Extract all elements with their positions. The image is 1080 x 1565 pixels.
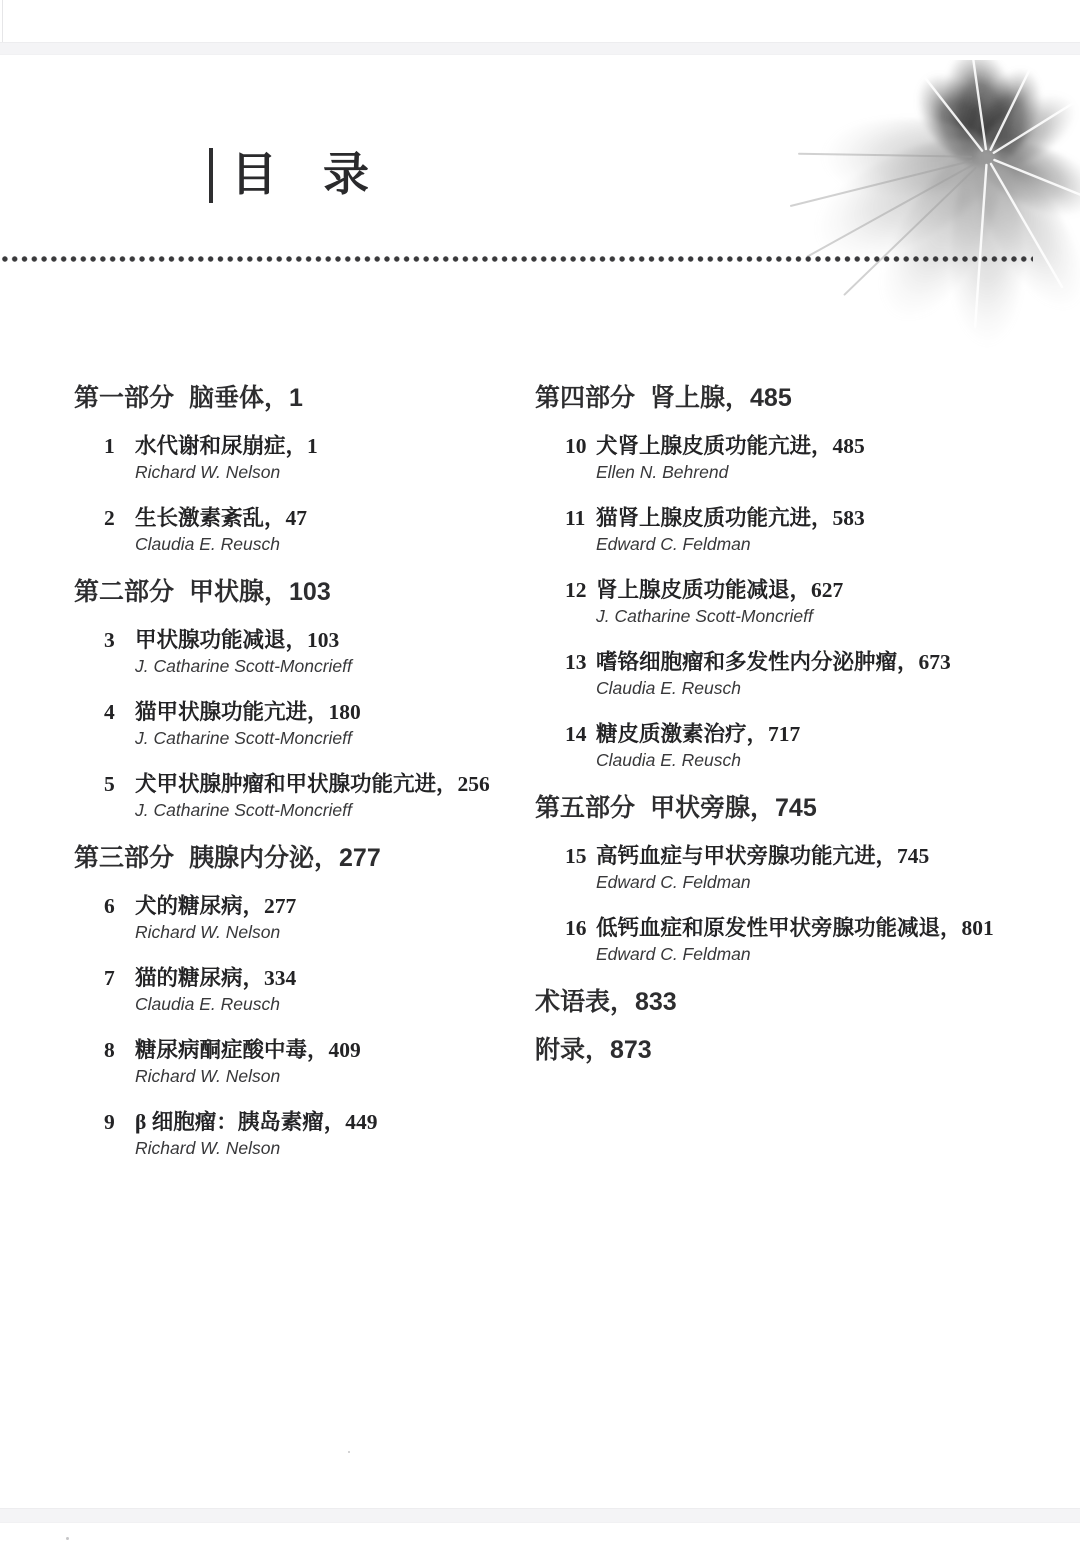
toc-chapter: 14糖皮质激素治疗，717 Claudia E. Reusch	[535, 721, 1045, 771]
chapter-title-line: 16低钙血症和原发性甲状旁腺功能减退，801	[535, 915, 1045, 941]
chapter-title: 猫的糖尿病，334	[135, 965, 524, 991]
chapter-title: 犬甲状腺肿瘤和甲状腺功能亢进，256	[135, 771, 524, 797]
chapter-number: 8	[104, 1037, 135, 1063]
dust-speck	[66, 1537, 69, 1540]
chapter-title: 甲状腺功能减退，103	[135, 627, 524, 653]
part-label: 第四部分	[535, 384, 635, 412]
chapter-title: 肾上腺皮质功能减退，627	[596, 577, 1045, 603]
chapter-title: 生长激素紊乱，47	[135, 505, 524, 531]
chapter-title: 糖皮质激素治疗，717	[596, 721, 1045, 747]
flower-ornament-icon	[780, 60, 1080, 372]
chapter-author: J. Catharine Scott-Moncrieff	[135, 728, 524, 749]
toc-column-right: 第四部分肾上腺，485 10犬肾上腺皮质功能亢进，485 Ellen N. Be…	[535, 383, 1045, 1083]
toc-chapter: 12肾上腺皮质功能减退，627 J. Catharine Scott-Moncr…	[535, 577, 1045, 627]
chapter-number: 11	[565, 505, 596, 531]
toc-chapter: 8糖尿病酮症酸中毒，409 Richard W. Nelson	[74, 1037, 524, 1087]
toc-part-1: 第一部分脑垂体，1 1水代谢和尿崩症，1 Richard W. Nelson 2…	[74, 383, 524, 555]
part-name-page: 甲状旁腺，745	[650, 794, 817, 822]
chapter-number: 6	[104, 893, 135, 919]
page-gutter-top	[0, 42, 1080, 55]
chapter-author: Richard W. Nelson	[135, 462, 524, 483]
dotted-divider	[0, 254, 1033, 264]
chapter-title-line: 5犬甲状腺肿瘤和甲状腺功能亢进，256	[74, 771, 524, 797]
toc-chapter: 4猫甲状腺功能亢进，180 J. Catharine Scott-Moncrie…	[74, 699, 524, 749]
toc-chapter: 10犬肾上腺皮质功能亢进，485 Ellen N. Behrend	[535, 433, 1045, 483]
chapter-author: Claudia E. Reusch	[135, 534, 524, 555]
chapter-author: Edward C. Feldman	[596, 534, 1045, 555]
chapter-title: 水代谢和尿崩症，1	[135, 433, 524, 459]
chapter-title-line: 2生长激素紊乱，47	[74, 505, 524, 531]
chapter-author: Claudia E. Reusch	[135, 994, 524, 1015]
chapter-number: 7	[104, 965, 135, 991]
toc-chapter: 6犬的糖尿病，277 Richard W. Nelson	[74, 893, 524, 943]
toc-chapter: 3甲状腺功能减退，103 J. Catharine Scott-Moncrief…	[74, 627, 524, 677]
toc-chapter: 5犬甲状腺肿瘤和甲状腺功能亢进，256 J. Catharine Scott-M…	[74, 771, 524, 821]
chapter-title-line: 9β 细胞瘤：胰岛素瘤，449	[74, 1109, 524, 1135]
part-heading: 第二部分甲状腺，103	[74, 577, 524, 607]
chapter-author: Edward C. Feldman	[596, 944, 1045, 965]
toc-column-left: 第一部分脑垂体，1 1水代谢和尿崩症，1 Richard W. Nelson 2…	[74, 383, 524, 1181]
chapter-title: 猫甲状腺功能亢进，180	[135, 699, 524, 725]
chapter-author: Claudia E. Reusch	[596, 750, 1045, 771]
chapter-title-line: 6犬的糖尿病，277	[74, 893, 524, 919]
chapter-title: 糖尿病酮症酸中毒，409	[135, 1037, 524, 1063]
page-edge-hairline	[2, 0, 3, 42]
chapter-number: 4	[104, 699, 135, 725]
chapter-title: 低钙血症和原发性甲状旁腺功能减退，801	[596, 915, 1045, 941]
chapter-author: Ellen N. Behrend	[596, 462, 1045, 483]
chapter-title-line: 12肾上腺皮质功能减退，627	[535, 577, 1045, 603]
part-label: 第三部分	[74, 844, 174, 872]
part-label: 第一部分	[74, 384, 174, 412]
chapter-title: β 细胞瘤：胰岛素瘤，449	[135, 1109, 524, 1135]
chapter-title-line: 15高钙血症与甲状旁腺功能亢进，745	[535, 843, 1045, 869]
chapter-author: Richard W. Nelson	[135, 922, 524, 943]
chapter-title-line: 1水代谢和尿崩症，1	[74, 433, 524, 459]
chapter-author: Claudia E. Reusch	[596, 678, 1045, 699]
chapter-title-line: 3甲状腺功能减退，103	[74, 627, 524, 653]
page-title: 目 录	[231, 146, 369, 202]
dust-speck	[348, 1451, 350, 1453]
glossary-entry: 术语表，833	[535, 987, 1045, 1017]
chapter-number: 3	[104, 627, 135, 653]
toc-chapter: 2生长激素紊乱，47 Claudia E. Reusch	[74, 505, 524, 555]
chapter-author: J. Catharine Scott-Moncrieff	[596, 606, 1045, 627]
part-heading: 第四部分肾上腺，485	[535, 383, 1045, 413]
toc-part-2: 第二部分甲状腺，103 3甲状腺功能减退，103 J. Catharine Sc…	[74, 577, 524, 821]
chapter-title-line: 13嗜铬细胞瘤和多发性内分泌肿瘤，673	[535, 649, 1045, 675]
chapter-author: Richard W. Nelson	[135, 1138, 524, 1159]
toc-part-4: 第四部分肾上腺，485 10犬肾上腺皮质功能亢进，485 Ellen N. Be…	[535, 383, 1045, 771]
toc-chapter: 16低钙血症和原发性甲状旁腺功能减退，801 Edward C. Feldman	[535, 915, 1045, 965]
title-accent-bar	[209, 148, 213, 203]
part-heading: 第一部分脑垂体，1	[74, 383, 524, 413]
toc-chapter: 13嗜铬细胞瘤和多发性内分泌肿瘤，673 Claudia E. Reusch	[535, 649, 1045, 699]
chapter-number: 10	[565, 433, 596, 459]
chapter-number: 12	[565, 577, 596, 603]
part-heading: 第五部分甲状旁腺，745	[535, 793, 1045, 823]
chapter-author: Richard W. Nelson	[135, 1066, 524, 1087]
chapter-number: 13	[565, 649, 596, 675]
chapter-author: J. Catharine Scott-Moncrieff	[135, 800, 524, 821]
part-name-page: 肾上腺，485	[650, 384, 792, 412]
toc-part-5: 第五部分甲状旁腺，745 15高钙血症与甲状旁腺功能亢进，745 Edward …	[535, 793, 1045, 965]
chapter-number: 5	[104, 771, 135, 797]
chapter-title: 高钙血症与甲状旁腺功能亢进，745	[596, 843, 1045, 869]
ebook-reader-view: { "page_title": "目 录", "colors": { "ink"…	[0, 0, 1080, 1565]
appendix-entry: 附录，873	[535, 1035, 1045, 1065]
toc-chapter: 7猫的糖尿病，334 Claudia E. Reusch	[74, 965, 524, 1015]
chapter-number: 2	[104, 505, 135, 531]
chapter-author: J. Catharine Scott-Moncrieff	[135, 656, 524, 677]
page-gutter-bottom	[0, 1508, 1080, 1523]
chapter-title: 犬肾上腺皮质功能亢进，485	[596, 433, 1045, 459]
chapter-number: 15	[565, 843, 596, 869]
chapter-title: 猫肾上腺皮质功能亢进，583	[596, 505, 1045, 531]
part-label: 第五部分	[535, 794, 635, 822]
toc-chapter: 1水代谢和尿崩症，1 Richard W. Nelson	[74, 433, 524, 483]
chapter-title: 犬的糖尿病，277	[135, 893, 524, 919]
toc-part-3: 第三部分胰腺内分泌，277 6犬的糖尿病，277 Richard W. Nels…	[74, 843, 524, 1159]
part-label: 第二部分	[74, 578, 174, 606]
chapter-title-line: 14糖皮质激素治疗，717	[535, 721, 1045, 747]
chapter-number: 14	[565, 721, 596, 747]
toc-chapter: 15高钙血症与甲状旁腺功能亢进，745 Edward C. Feldman	[535, 843, 1045, 893]
chapter-number: 16	[565, 915, 596, 941]
chapter-title-line: 8糖尿病酮症酸中毒，409	[74, 1037, 524, 1063]
toc-chapter: 11猫肾上腺皮质功能亢进，583 Edward C. Feldman	[535, 505, 1045, 555]
part-name-page: 甲状腺，103	[189, 578, 331, 606]
chapter-title: 嗜铬细胞瘤和多发性内分泌肿瘤，673	[596, 649, 1045, 675]
part-heading: 第三部分胰腺内分泌，277	[74, 843, 524, 873]
part-name-page: 脑垂体，1	[189, 384, 303, 412]
toc-chapter: 9β 细胞瘤：胰岛素瘤，449 Richard W. Nelson	[74, 1109, 524, 1159]
chapter-number: 9	[104, 1109, 135, 1135]
chapter-author: Edward C. Feldman	[596, 872, 1045, 893]
chapter-title-line: 7猫的糖尿病，334	[74, 965, 524, 991]
document-page: 目 录 第一部分脑垂体，1 1水代谢和尿崩症，1 Richard W. Nels…	[0, 0, 1080, 1565]
chapter-number: 1	[104, 433, 135, 459]
chapter-title-line: 4猫甲状腺功能亢进，180	[74, 699, 524, 725]
chapter-title-line: 10犬肾上腺皮质功能亢进，485	[535, 433, 1045, 459]
chapter-title-line: 11猫肾上腺皮质功能亢进，583	[535, 505, 1045, 531]
part-name-page: 胰腺内分泌，277	[189, 844, 381, 872]
